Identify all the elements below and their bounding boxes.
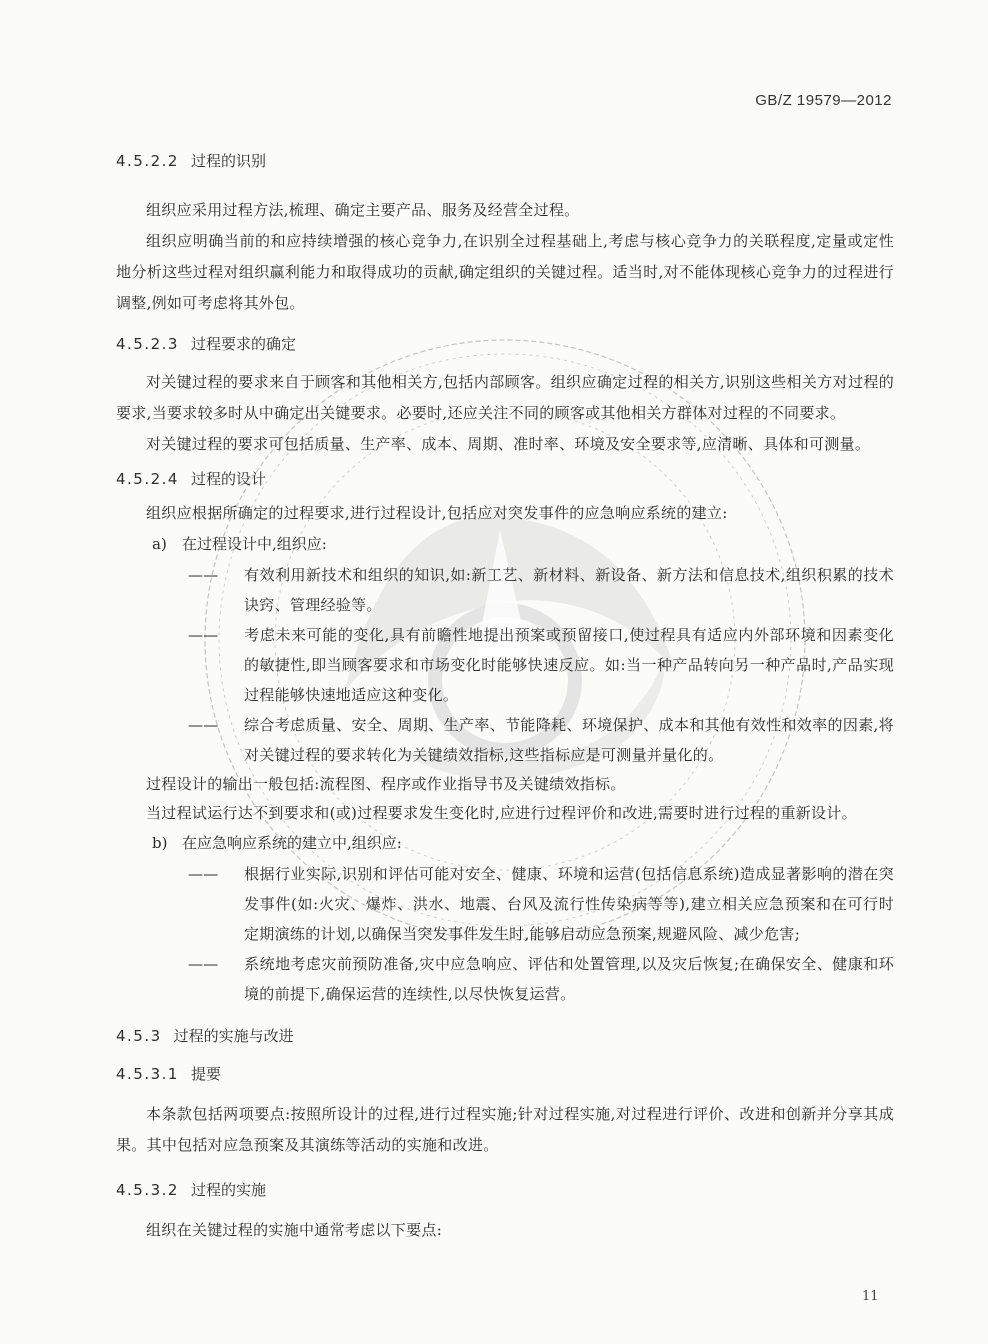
bullet-item: ——综合考虑质量、安全、周期、生产率、节能降耗、环境保护、成本和其他有效性和效率… [188,710,894,770]
section-heading-4522: 4.5.2.2过程的识别 [116,150,894,172]
document-body: 4.5.2.2过程的识别 组织应采用过程方法,梳理、确定主要产品、服务及经营全过… [116,150,894,1246]
page-number: 11 [862,1289,879,1304]
paragraph: 当过程试运行达不到要求和(或)过程要求发生变化时,应进行过程评价和改进,需要时进… [116,799,894,828]
paragraph: 对关键过程的要求来自于顾客和其他相关方,包括内部顾客。组织应确定过程的相关方,识… [116,367,894,429]
standard-code: GB/Z 19579—2012 [755,92,892,109]
paragraph: 组织应明确当前的和应持续增强的核心竞争力,在识别全过程基础上,考虑与核心竞争力的… [116,226,894,319]
paragraph: 本条款包括两项要点:按照所设计的过程,进行过程实施;针对过程实施,对过程进行评价… [116,1099,894,1161]
bullet-item: ——根据行业实际,识别和评估可能对安全、健康、环境和运营(包括信息系统)造成显著… [188,859,894,949]
section-heading-453: 4.5.3过程的实施与改进 [116,1025,894,1047]
bullet-item: ——系统地考虑灾前预防准备,灾中应急响应、评估和处置管理,以及灾后恢复;在确保安… [188,949,894,1009]
list-item-a: a)在过程设计中,组织应: [152,529,894,560]
paragraph: 组织在关键过程的实施中通常考虑以下要点: [116,1215,894,1246]
section-heading-4524: 4.5.2.4过程的设计 [116,468,894,490]
paragraph: 组织应采用过程方法,梳理、确定主要产品、服务及经营全过程。 [116,195,894,226]
section-heading-4531: 4.5.3.1提要 [116,1063,894,1085]
bullet-item: ——考虑未来可能的变化,具有前瞻性地提出预案或预留接口,使过程具有适应内外部环境… [188,620,894,710]
section-heading-4523: 4.5.2.3过程要求的确定 [116,333,894,355]
list-item-b: b)在应急响应系统的建立中,组织应: [152,828,894,859]
section-heading-4532: 4.5.3.2过程的实施 [116,1179,894,1201]
paragraph: 对关键过程的要求可包括质量、生产率、成本、周期、准时率、环境及安全要求等,应清晰… [116,429,894,460]
paragraph: 过程设计的输出一般包括:流程图、程序或作业指导书及关键绩效指标。 [116,770,894,799]
paragraph: 组织应根据所确定的过程要求,进行过程设计,包括应对突发事件的应急响应系统的建立: [116,498,894,529]
bullet-item: ——有效利用新技术和组织的知识,如:新工艺、新材料、新设备、新方法和信息技术,组… [188,560,894,620]
